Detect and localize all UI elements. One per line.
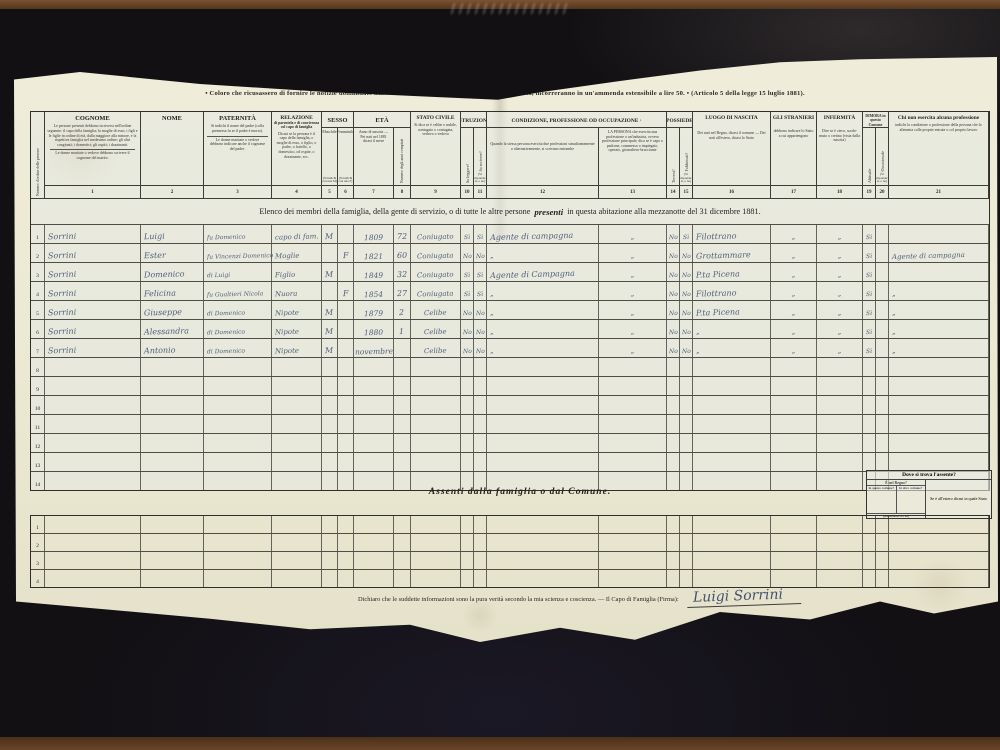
handwritten-entry: 60 <box>397 252 407 260</box>
cell-chi <box>889 396 989 414</box>
colnum-19: 19 <box>863 185 876 198</box>
cell-chi <box>889 263 989 281</box>
colnum-10: 10 <box>461 185 474 198</box>
cell-cognome: Sorrini <box>45 301 141 319</box>
row-number: 8 <box>36 368 39 374</box>
cell-terreni <box>667 516 680 533</box>
column-chi-non-esercita: Chi non esercita alcuna professione indi… <box>889 112 989 185</box>
census-page: • Coloro che ricusassero di fornire le n… <box>0 0 1000 750</box>
cell-m <box>322 570 338 587</box>
cell-anno <box>354 377 394 395</box>
cell-abituale: Sì <box>863 339 876 357</box>
group-possiede: POSSIEDE <box>667 112 693 128</box>
penalty-warning-line: • Coloro che ricusassero di fornire le n… <box>40 90 970 97</box>
cell-nome <box>141 552 204 569</box>
cell-persona: „ <box>599 225 667 243</box>
cell-n: 1 <box>31 225 45 243</box>
cell-occasionale <box>876 415 889 433</box>
cell-anni <box>394 415 411 433</box>
column-sesso-m: Maschile (Si indichi con una M) <box>322 128 338 185</box>
column-sa-leggere: Sa leggere? <box>461 128 474 185</box>
handwritten-entry: 32 <box>397 271 407 279</box>
row-number: 13 <box>35 463 41 469</box>
handwritten-entry: di Domenico <box>207 349 245 356</box>
cell-stato <box>411 552 461 569</box>
cell-m <box>322 358 338 376</box>
cell-infermita <box>817 570 863 587</box>
cell-f <box>338 434 354 452</box>
row-number: 10 <box>35 406 41 412</box>
cell-stranieri <box>771 434 817 452</box>
handwritten-entry: No <box>681 311 690 317</box>
handwritten-entry: „ <box>631 329 635 336</box>
cell-anni: 1 <box>394 320 411 338</box>
cell-anni <box>394 396 411 414</box>
column-fabbricati: Fabbricati? (Si risponda: sì, o no) <box>680 128 693 185</box>
handwritten-entry: M <box>325 328 333 336</box>
cell-terreni: No <box>667 320 680 338</box>
cell-nome: Alessandra <box>141 320 204 338</box>
column-nome: NOME <box>141 112 204 185</box>
cell-luogo <box>693 358 771 376</box>
cell-f <box>338 263 354 281</box>
cell-relazione: capo di fam. <box>272 225 322 243</box>
handwritten-entry: fu Domenico <box>207 234 246 241</box>
cell-anno <box>354 570 394 587</box>
wood-table-edge-bottom <box>0 737 1000 750</box>
cell-anno <box>354 552 394 569</box>
cell-f <box>338 358 354 376</box>
cell-legge <box>461 377 474 395</box>
column-la-persona: LA PERSONA che esercita una professione … <box>599 128 667 185</box>
colnum-5: 5 <box>322 185 338 198</box>
colnum-9: 9 <box>411 185 461 198</box>
cell-occasionale <box>876 301 889 319</box>
cell-scrive: Sì <box>474 263 487 281</box>
cell-prof: Agente di Campagna <box>487 263 599 281</box>
cell-terreni <box>667 534 680 551</box>
cell-anno: 1854 <box>354 282 394 300</box>
group-dimora: DIMORA in questo Comune <box>863 112 889 128</box>
cell-n: 13 <box>31 453 45 471</box>
table-row: 7SorriniAntoniodi DomenicoNipoteMnovembr… <box>31 338 989 357</box>
cell-m <box>322 282 338 300</box>
handwritten-entry: Moglie <box>275 253 300 261</box>
cell-scrive <box>474 534 487 551</box>
colnum-17: 17 <box>771 185 817 198</box>
cell-nome <box>141 534 204 551</box>
cell-stranieri: „ <box>771 320 817 338</box>
handwritten-entry: „ <box>696 348 700 355</box>
handwritten-entry: „ <box>490 329 494 336</box>
table-row: 6SorriniAlessandradi DomenicoNipoteM1880… <box>31 319 989 338</box>
row-number: 3 <box>36 273 39 279</box>
cell-nome: Domenico <box>141 263 204 281</box>
handwritten-entry: No <box>462 254 471 260</box>
cell-stato <box>411 415 461 433</box>
table-row: 11 <box>31 414 989 433</box>
cell-luogo <box>693 453 771 471</box>
cell-anno <box>354 396 394 414</box>
cell-scrive: Sì <box>474 282 487 300</box>
cell-nome <box>141 570 204 587</box>
cell-nome: Antonio <box>141 339 204 357</box>
cell-luogo: P.ta Picena <box>693 301 771 319</box>
handwritten-entry: „ <box>838 310 842 317</box>
handwritten-entry: No <box>681 330 690 336</box>
cell-scrive <box>474 570 487 587</box>
cell-chi: „ <box>889 301 989 319</box>
cell-prof: Agente di campagna <box>487 225 599 243</box>
cell-legge: No <box>461 320 474 338</box>
cell-chi: „ <box>889 282 989 300</box>
cell-fabbricati <box>680 396 693 414</box>
cell-m: M <box>322 339 338 357</box>
cell-stato: Coniugata <box>411 244 461 262</box>
handwritten-entry: Sorrini <box>48 290 76 299</box>
cell-relazione <box>272 415 322 433</box>
cell-n: 3 <box>31 552 45 569</box>
handwritten-entry: Sì <box>866 330 872 336</box>
handwritten-entry: di Luigi <box>207 273 230 280</box>
handwritten-entry: „ <box>892 310 896 317</box>
cell-cognome <box>45 570 141 587</box>
cell-infermita: „ <box>817 244 863 262</box>
cell-chi: „ <box>889 339 989 357</box>
handwritten-entry: Sì <box>866 292 872 298</box>
cell-scrive <box>474 358 487 376</box>
handwritten-entry: No <box>668 254 677 260</box>
cell-anni: 2 <box>394 301 411 319</box>
handwritten-entry: No <box>668 273 677 279</box>
absent-abroad-label: Se è all'estero dicasi in quale Stato <box>925 480 991 518</box>
handwritten-entry: Sì <box>477 235 483 241</box>
cell-terreni <box>667 415 680 433</box>
handwritten-entry: „ <box>792 253 796 260</box>
table-row: 4 <box>31 569 989 587</box>
row-number: 5 <box>36 311 39 317</box>
cell-nome: Felicina <box>141 282 204 300</box>
cell-persona <box>599 453 667 471</box>
cell-relazione <box>272 570 322 587</box>
cell-stato <box>411 434 461 452</box>
column-terreni: Terreni? <box>667 128 680 185</box>
cell-abituale <box>863 534 876 551</box>
cell-stranieri <box>771 570 817 587</box>
cell-abituale: Sì <box>863 263 876 281</box>
cell-f: F <box>338 244 354 262</box>
absent-location-box: Dove si trova l'assente? È nel Regno? In… <box>866 470 992 519</box>
handwritten-entry: Grottammare <box>696 251 751 260</box>
colnum-4: 4 <box>272 185 322 198</box>
cell-anno: 1879 <box>354 301 394 319</box>
cell-luogo <box>693 396 771 414</box>
cell-luogo: „ <box>693 320 771 338</box>
handwritten-entry: P.ta Picena <box>696 270 740 279</box>
cell-anni <box>394 434 411 452</box>
cell-infermita: „ <box>817 263 863 281</box>
cell-legge: No <box>461 244 474 262</box>
cell-terreni: No <box>667 339 680 357</box>
cell-occasionale <box>876 263 889 281</box>
cell-n: 10 <box>31 396 45 414</box>
cell-chi: „ <box>889 320 989 338</box>
cell-chi <box>889 434 989 452</box>
cell-chi <box>889 570 989 587</box>
cell-fabbricati: No <box>680 282 693 300</box>
cell-legge <box>461 516 474 533</box>
handwritten-entry: Agente di campagna <box>490 232 573 242</box>
colnum-14: 14 <box>667 185 680 198</box>
colnum-6: 6 <box>338 185 354 198</box>
cell-scrive: No <box>474 301 487 319</box>
cell-persona <box>599 377 667 395</box>
handwritten-entry: „ <box>838 272 842 279</box>
table-row: 1SorriniLuigifu Domenicocapo di fam.M180… <box>31 224 989 243</box>
cell-fabbricati: No <box>680 244 693 262</box>
cell-abituale <box>863 396 876 414</box>
cell-f <box>338 453 354 471</box>
cell-legge <box>461 570 474 587</box>
table-row: 10 <box>31 395 989 414</box>
cell-terreni: No <box>667 301 680 319</box>
cell-relazione <box>272 552 322 569</box>
cell-luogo: „ <box>693 339 771 357</box>
colnum-15: 15 <box>680 185 693 198</box>
handwritten-entry: „ <box>892 348 896 355</box>
cell-prof <box>487 453 599 471</box>
cell-f <box>338 396 354 414</box>
cell-paternita <box>204 570 272 587</box>
cell-m <box>322 415 338 433</box>
cell-legge: No <box>461 339 474 357</box>
cell-legge <box>461 453 474 471</box>
handwritten-entry: Sorrini <box>48 233 76 242</box>
cell-n: 3 <box>31 263 45 281</box>
handwritten-entry: di Domenico <box>207 311 245 318</box>
cell-fabbricati: No <box>680 339 693 357</box>
cell-prof <box>487 552 599 569</box>
cell-chi <box>889 552 989 569</box>
handwritten-entry: 1880 <box>364 328 383 336</box>
handwritten-entry: Filottrano <box>696 289 737 298</box>
cell-paternita <box>204 396 272 414</box>
cell-stato: Coniugato <box>411 225 461 243</box>
handwritten-entry: No <box>668 311 677 317</box>
cell-terreni <box>667 453 680 471</box>
cell-luogo <box>693 552 771 569</box>
colnum-21: 21 <box>889 185 989 198</box>
cell-chi <box>889 358 989 376</box>
table-row: 5SorriniGiuseppedi DomenicoNipoteM18792C… <box>31 300 989 319</box>
handwritten-entry: Sì <box>477 292 483 298</box>
column-anni-compiuti: Numero degli anni compiuti <box>394 128 411 185</box>
cell-f <box>338 534 354 551</box>
cell-stato <box>411 570 461 587</box>
present-members-subtitle: Elenco dei membri della famiglia, della … <box>31 198 989 224</box>
cell-anno <box>354 415 394 433</box>
handwritten-entry: „ <box>631 348 635 355</box>
cell-chi <box>889 534 989 551</box>
cell-cognome <box>45 534 141 551</box>
cell-terreni: No <box>667 244 680 262</box>
handwritten-entry: Sì <box>464 235 470 241</box>
cell-paternita: di Domenico <box>204 339 272 357</box>
cell-n: 7 <box>31 339 45 357</box>
table-row: 3SorriniDomenicodi LuigiFiglioM184932Con… <box>31 262 989 281</box>
cell-scrive: Sì <box>474 225 487 243</box>
cell-cognome <box>45 453 141 471</box>
cell-chi <box>889 415 989 433</box>
handwritten-entry: „ <box>490 291 494 298</box>
handwritten-entry: 2 <box>399 309 404 317</box>
cell-legge <box>461 552 474 569</box>
absent-other-comune-label: In altro comune? <box>897 486 926 513</box>
cell-paternita <box>204 377 272 395</box>
handwritten-entry: Coniugato <box>417 272 454 280</box>
handwritten-entry: Sì <box>866 235 872 241</box>
cell-stato <box>411 377 461 395</box>
cell-legge: Sì <box>461 282 474 300</box>
cell-prof <box>487 358 599 376</box>
cell-legge: No <box>461 301 474 319</box>
handwritten-entry: 1 <box>399 328 404 336</box>
handwritten-entry: Sorrini <box>48 328 76 337</box>
cell-stranieri <box>771 453 817 471</box>
cell-persona: „ <box>599 320 667 338</box>
cell-paternita: fu Gualtieri Nicola <box>204 282 272 300</box>
absent-this-comune-label: In questo comune? <box>867 486 897 513</box>
cell-stranieri <box>771 534 817 551</box>
column-stato-civile: STATO CIVILE Si dica se è celibe o nubil… <box>411 112 461 185</box>
cell-paternita <box>204 415 272 433</box>
cell-n: 12 <box>31 434 45 452</box>
handwritten-entry: „ <box>792 329 796 336</box>
handwritten-entry: Nipote <box>275 348 299 356</box>
cell-fabbricati <box>680 358 693 376</box>
cell-infermita <box>817 377 863 395</box>
table-row: 12 <box>31 433 989 452</box>
cell-relazione <box>272 516 322 533</box>
table-row: 2SorriniEsterfu Vincenzi DomenicoMoglieF… <box>31 243 989 262</box>
cell-chi <box>889 225 989 243</box>
cell-infermita: „ <box>817 282 863 300</box>
group-istruzione: ISTRUZIONE <box>461 112 487 128</box>
row-number: 4 <box>36 292 39 298</box>
census-table: Numero d'ordine delle persone COGNOME Le… <box>30 111 990 491</box>
handwritten-entry: Agente di Campagna <box>490 270 575 280</box>
cell-n: 11 <box>31 415 45 433</box>
cell-abituale <box>863 434 876 452</box>
cell-persona: „ <box>599 282 667 300</box>
handwritten-entry: M <box>325 233 333 241</box>
handwritten-entry: M <box>325 347 333 355</box>
cell-abituale: Sì <box>863 301 876 319</box>
group-eta: ETÀ <box>354 112 411 128</box>
handwritten-entry: di Domenico <box>207 330 245 337</box>
cell-legge <box>461 358 474 376</box>
cell-paternita <box>204 534 272 551</box>
table-row: 2 <box>31 533 989 551</box>
handwritten-entry: „ <box>838 253 842 260</box>
cell-occasionale <box>876 516 889 533</box>
cell-relazione <box>272 434 322 452</box>
colnum-8: 8 <box>394 185 411 198</box>
cell-occasionale <box>876 570 889 587</box>
cell-paternita <box>204 453 272 471</box>
cell-persona <box>599 516 667 533</box>
handwritten-entry: No <box>681 349 690 355</box>
cell-persona <box>599 570 667 587</box>
handwritten-entry: Sì <box>464 292 470 298</box>
handwritten-entry: „ <box>490 348 494 355</box>
cell-terreni <box>667 377 680 395</box>
cell-prof <box>487 534 599 551</box>
cell-terreni <box>667 570 680 587</box>
cell-infermita <box>817 415 863 433</box>
group-sesso: SESSO <box>322 112 354 128</box>
cell-infermita <box>817 534 863 551</box>
cell-luogo <box>693 516 771 533</box>
handwritten-entry: „ <box>838 348 842 355</box>
cell-persona: „ <box>599 263 667 281</box>
cell-relazione: Nipote <box>272 320 322 338</box>
cell-occasionale <box>876 320 889 338</box>
cell-prof: „ <box>487 301 599 319</box>
table-row: 13 <box>31 452 989 471</box>
cell-cognome: Sorrini <box>45 263 141 281</box>
cell-anni: 72 <box>394 225 411 243</box>
cell-f <box>338 339 354 357</box>
cell-anni: 27 <box>394 282 411 300</box>
cell-abituale: Sì <box>863 244 876 262</box>
cell-nome: Giuseppe <box>141 301 204 319</box>
cell-scrive <box>474 396 487 414</box>
cell-m: M <box>322 225 338 243</box>
cell-anni <box>394 570 411 587</box>
cell-scrive <box>474 516 487 533</box>
cell-f <box>338 320 354 338</box>
cell-nome <box>141 396 204 414</box>
row-number: 1 <box>36 525 39 531</box>
cell-anno: novembre <box>354 339 394 357</box>
cell-cognome: Sorrini <box>45 244 141 262</box>
cell-persona <box>599 434 667 452</box>
cell-n: 6 <box>31 320 45 338</box>
cell-infermita: „ <box>817 301 863 319</box>
handwritten-entry: Antonio <box>144 347 176 356</box>
cell-luogo: Grottammare <box>693 244 771 262</box>
handwritten-entry: No <box>681 292 690 298</box>
handwritten-entry: No <box>462 330 471 336</box>
cell-legge <box>461 534 474 551</box>
handwritten-entry: F <box>343 252 349 260</box>
colnum-12: 12 <box>487 185 599 198</box>
handwritten-entry: Celibe <box>424 310 447 318</box>
cell-stato: Celibe <box>411 301 461 319</box>
cell-abituale <box>863 358 876 376</box>
cell-occasionale <box>876 244 889 262</box>
photo-background: • Coloro che ricusassero di fornire le n… <box>0 0 1000 750</box>
table-row: 8 <box>31 357 989 376</box>
column-dimora-abituale: Abituale <box>863 128 876 185</box>
column-cognome: COGNOME Le persone presenti debbono iscr… <box>45 112 141 185</box>
cell-nome <box>141 453 204 471</box>
cell-infermita <box>817 434 863 452</box>
cell-anno: 1880 <box>354 320 394 338</box>
handwritten-entry: Felicina <box>144 290 176 299</box>
cell-cognome: Sorrini <box>45 320 141 338</box>
